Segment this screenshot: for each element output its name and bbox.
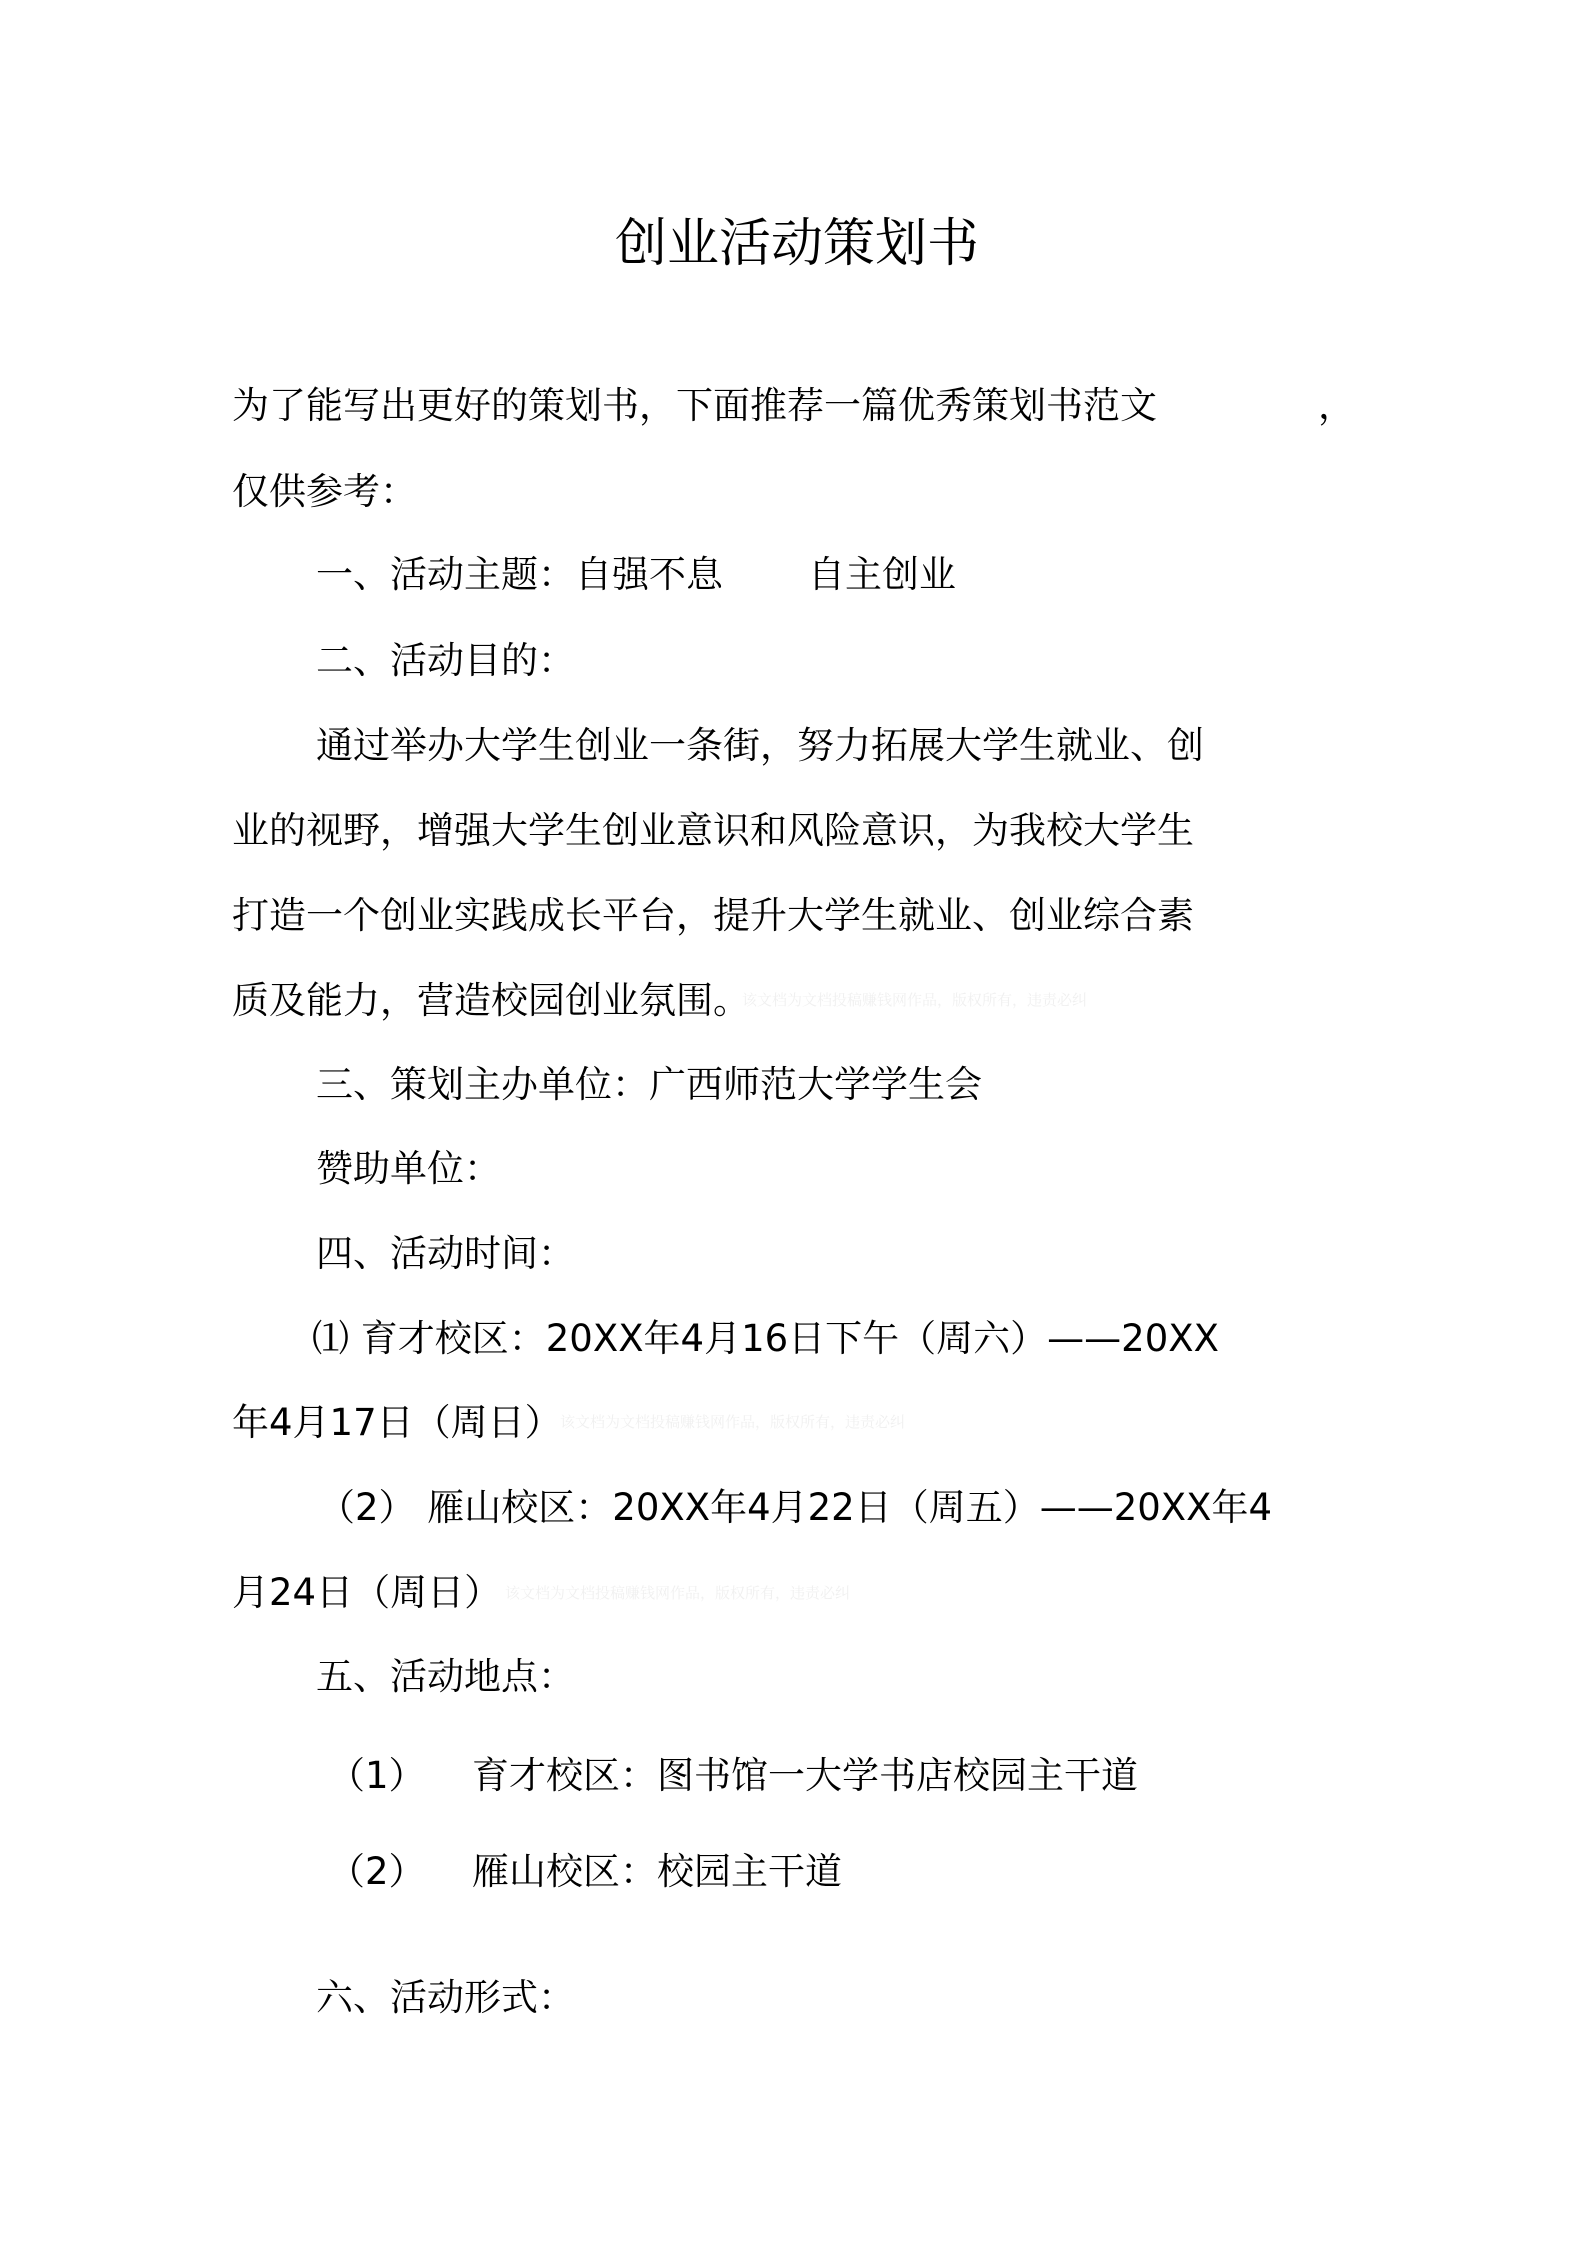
text-line: ，	[1318, 382, 1355, 430]
text-line: 六、活动形式：	[316, 1974, 575, 2022]
watermark-text: 该文档为文档投稿赚钱网作品，版权所有，违责必纠	[560, 1412, 905, 1432]
document-title: 创业活动策划书	[0, 212, 1594, 276]
watermark-text: 该文档为文档投稿赚钱网作品，版权所有，违责必纠	[742, 990, 1087, 1010]
text-line: 育才校区：图书馆一大学书店校园主干道	[472, 1752, 1138, 1800]
text-line: 二、活动目的：	[316, 637, 575, 685]
text-line: 仅供参考：	[232, 468, 417, 516]
text-line: （2）	[328, 1848, 426, 1896]
text-line: 三、策划主办单位：广西师范大学学生会	[316, 1061, 982, 1109]
text-line: 通过举办大学生创业一条街，努力拓展大学生就业、创	[316, 722, 1204, 770]
text-line: 自主创业	[808, 551, 956, 599]
text-line: 五、活动地点：	[316, 1653, 575, 1701]
text-line: （2） 雁山校区：20XX年4月22日（周五）——20XX年4	[318, 1484, 1272, 1532]
text-line: 赞助单位：	[316, 1145, 501, 1193]
text-line: （1）	[328, 1752, 426, 1800]
text-line: 四、活动时间：	[316, 1230, 575, 1278]
text-line: 一、活动主题：自强不息	[316, 551, 723, 599]
text-line: 年4月17日（周日）	[232, 1399, 562, 1447]
text-line: 质及能力，营造校园创业氛围。	[232, 977, 750, 1025]
text-line: 月24日（周日）	[232, 1569, 501, 1617]
watermark-text: 该文档为文档投稿赚钱网作品，版权所有，违责必纠	[505, 1583, 850, 1603]
text-line: 打造一个创业实践成长平台，提升大学生就业、创业综合素	[232, 892, 1194, 940]
text-line: 业的视野，增强大学生创业意识和风险意识，为我校大学生	[232, 807, 1194, 855]
text-line: 为了能写出更好的策划书，下面推荐一篇优秀策划书范文	[232, 382, 1157, 430]
text-line: 雁山校区：校园主干道	[472, 1848, 842, 1896]
text-line: ⑴ 育才校区：20XX年4月16日下午（周六）——20XX	[312, 1315, 1219, 1363]
